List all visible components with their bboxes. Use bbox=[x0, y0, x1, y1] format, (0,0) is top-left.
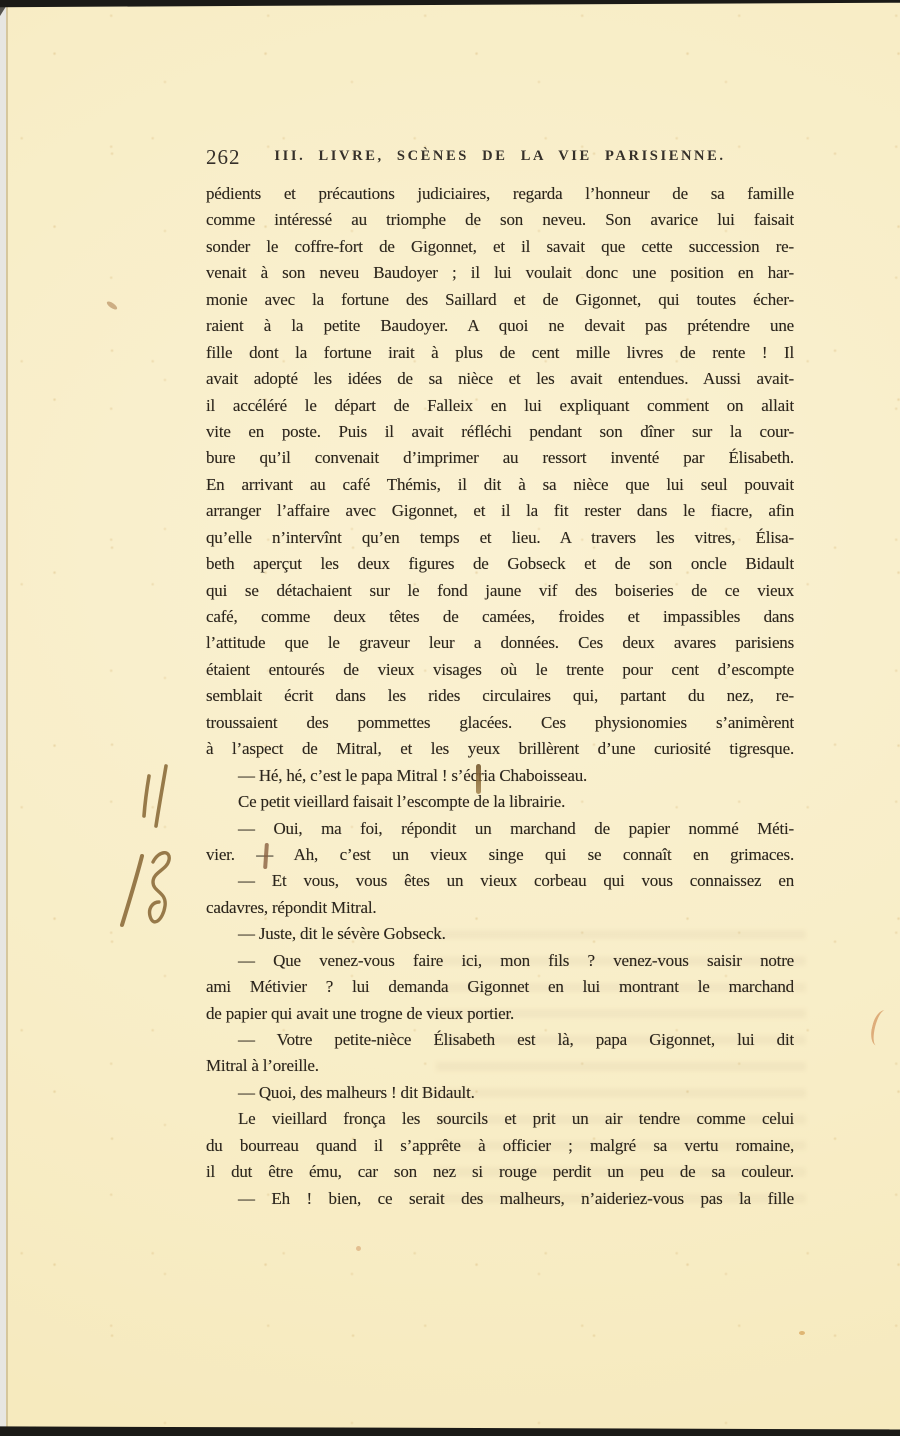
text-line: — Eh ! bien, ce serait des malheurs, n’a… bbox=[206, 1186, 794, 1212]
handwritten-numeral-scribble bbox=[122, 856, 142, 925]
text-line: vite en poste. Puis il avait réfléchi pe… bbox=[206, 419, 794, 445]
text-line: fille dont la fortune irait à plus de ce… bbox=[206, 340, 794, 366]
text-line: ami Métivier ? lui demanda Gigonnet en l… bbox=[206, 974, 794, 1000]
text-line: — Hé, hé, c’est le papa Mitral ! s’écria… bbox=[206, 763, 794, 789]
text-line: étaient entourés de vieux visages où le … bbox=[206, 657, 794, 683]
text-line: — Que venez-vous faire ici, mon fils ? v… bbox=[206, 948, 794, 974]
text-line: comme intéressé au triomphe de son neveu… bbox=[206, 207, 794, 233]
orange-squiggle-right-margin bbox=[868, 1008, 893, 1047]
text-line: de papier qui avait une trogne de vieux … bbox=[206, 1001, 794, 1027]
paper-fleck bbox=[106, 300, 119, 311]
text-line: avait adopté les idées de sa nièce et le… bbox=[206, 366, 794, 392]
text-line: l’attitude que le graveur leur a données… bbox=[206, 630, 794, 656]
text-block: pédients et précautions judiciaires, reg… bbox=[206, 181, 794, 1212]
text-line: qu’elle n’intervînt qu’en temps et lieu.… bbox=[206, 525, 794, 551]
text-line: — Et vous, vous êtes un vieux corbeau qu… bbox=[206, 868, 794, 894]
text-line: à l’aspect de Mitral, et les yeux brillè… bbox=[206, 736, 794, 762]
text-line: café, comme deux têtes de camées, froide… bbox=[206, 604, 794, 630]
text-line: cadavres, répondit Mitral. bbox=[206, 895, 794, 921]
text-line: il accéléré le départ de Falleix en lui … bbox=[206, 393, 794, 419]
handwritten-numeral-scribble bbox=[150, 853, 170, 922]
paper-fleck bbox=[799, 1331, 805, 1335]
handwritten-double-stroke bbox=[156, 766, 166, 826]
page-edge bbox=[6, 0, 8, 1436]
scanned-book-page: 262 III. LIVRE, SCÈNES DE LA VIE PARISIE… bbox=[0, 0, 900, 1436]
text-line: Ce petit vieillard faisait l’escompte de… bbox=[206, 789, 794, 815]
text-line: vier. — Ah, c’est un vieux singe qui se … bbox=[206, 842, 794, 868]
text-line: — Juste, dit le sévère Gobseck. bbox=[206, 921, 794, 947]
text-line: sonder le coffre-fort de Gigonnet, et il… bbox=[206, 234, 794, 260]
text-line: — Quoi, des malheurs ! dit Bidault. bbox=[206, 1080, 794, 1106]
handwritten-double-stroke bbox=[144, 776, 149, 816]
text-line: bure qu’il convenait d’imprimer au resso… bbox=[206, 445, 794, 471]
text-line: troussaient des pommettes glacées. Ces p… bbox=[206, 710, 794, 736]
text-line: Mitral à l’oreille. bbox=[206, 1053, 794, 1079]
running-header: 262 III. LIVRE, SCÈNES DE LA VIE PARISIE… bbox=[206, 144, 794, 170]
text-line: arranger l’affaire avec Gigonnet, et il … bbox=[206, 498, 794, 524]
text-line: il dut être ému, car son nez si rouge pe… bbox=[206, 1159, 794, 1185]
text-line: — Votre petite-nièce Élisabeth est là, p… bbox=[206, 1027, 794, 1053]
text-line: semblait écrit dans les rides circulaire… bbox=[206, 683, 794, 709]
text-line: beth aperçut les deux figures de Gobseck… bbox=[206, 551, 794, 577]
text-line: monie avec la fortune des Saillard et de… bbox=[206, 287, 794, 313]
handwritten-marginalia bbox=[109, 762, 184, 942]
paper-surface: 262 III. LIVRE, SCÈNES DE LA VIE PARISIE… bbox=[6, 0, 900, 1436]
text-line: qui se détachaient sur le fond jaune vif… bbox=[206, 578, 794, 604]
text-line: raient à la petite Baudoyer. A quoi ne d… bbox=[206, 313, 794, 339]
text-line: pédients et précautions judiciaires, reg… bbox=[206, 181, 794, 207]
paper-fleck bbox=[356, 1246, 361, 1251]
text-line: du bourreau quand il s’apprête à officie… bbox=[206, 1133, 794, 1159]
text-line: En arrivant au café Thémis, il dit à sa … bbox=[206, 472, 794, 498]
text-line: venait à son neveu Baudoyer ; il lui vou… bbox=[206, 260, 794, 286]
text-line: — Oui, ma foi, répondit un marchand de p… bbox=[206, 816, 794, 842]
running-title: III. LIVRE, SCÈNES DE LA VIE PARISIENNE. bbox=[206, 148, 794, 165]
text-line: Le vieillard fronça les sourcils et prit… bbox=[206, 1106, 794, 1132]
vertical-ink-stroke-over-exclamation bbox=[476, 764, 481, 794]
